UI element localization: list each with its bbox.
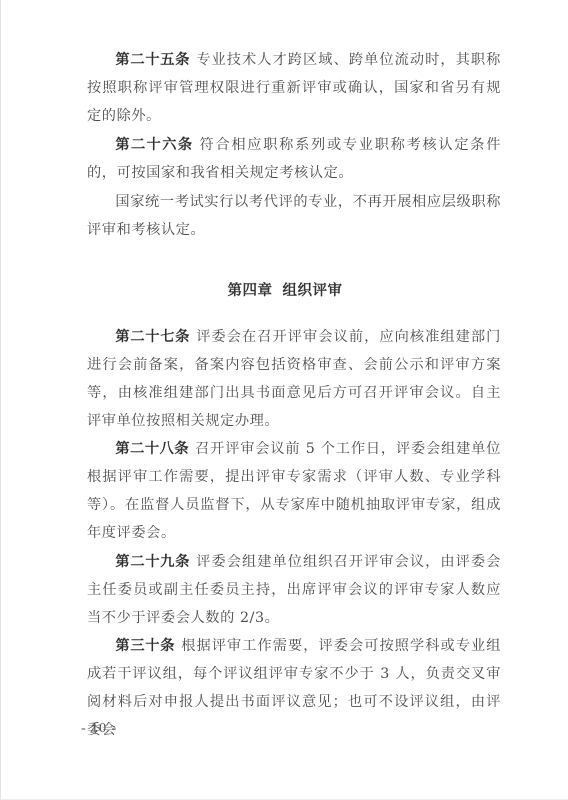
article-30: 第三十条根据评审工作需要，评委会可按照学科或专业组成若干评议组，每个评议组评审专… [87,632,501,744]
paragraph-exam-replacement: 国家统一考试实行以考代评的专业，不再开展相应层级职称评审和考核认定。 [87,188,501,244]
document-page: 第二十五条专业技术人才跨区域、跨单位流动时，其职称按照职称评审管理权限进行重新评… [0,0,568,800]
chapter-title: 组织评审 [283,283,343,299]
article-number: 第三十条 [115,638,175,654]
article-number: 第二十九条 [115,554,190,570]
page-number: - 10 - [81,721,117,737]
article-number: 第二十八条 [115,441,189,457]
article-number: 第二十五条 [115,52,190,68]
article-29: 第二十九条评委会组建单位组织召开评审会议，由评委会主任委员或副主任委员主持，出席… [87,548,501,632]
paragraph-text: 国家统一考试实行以考代评的专业，不再开展相应层级职称评审和考核认定。 [87,194,501,238]
chapter-number: 第四章 [228,283,273,299]
article-27: 第二十七条评委会在召开评审会议前，应向核准组建部门进行会前备案，备案内容包括资格… [87,323,501,435]
chapter-heading: 第四章组织评审 [1,279,568,300]
article-number: 第二十七条 [115,329,190,345]
article-25: 第二十五条专业技术人才跨区域、跨单位流动时，其职称按照职称评审管理权限进行重新评… [87,46,501,130]
article-28: 第二十八条召开评审会议前 5 个工作日，评委会组建单位根据评审工作需要，提出评审… [87,435,501,547]
article-26: 第二十六条符合相应职称系列或专业职称考核认定条件的，可按国家和我省相关规定考核认… [87,131,501,187]
article-number: 第二十六条 [115,137,193,153]
